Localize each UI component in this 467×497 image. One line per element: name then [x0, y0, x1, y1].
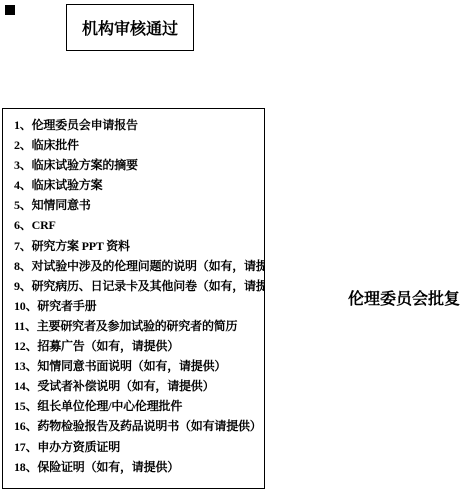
- list-item: 14、受试者补偿说明（如有，请提供）: [14, 376, 260, 396]
- list-item: 18、保险证明（如有，请提供）: [14, 457, 260, 477]
- checklist-box: 1、伦理委员会申请报告2、临床批件3、临床试验方案的摘要4、临床试验方案5、知情…: [2, 108, 265, 489]
- list-item: 16、药物检验报告及药品说明书（如有请提供）: [14, 416, 260, 436]
- list-item: 11、主要研究者及参加试验的研究者的简历: [14, 316, 260, 336]
- list-item: 8、对试验中涉及的伦理问题的说明（如有，请提供）: [14, 256, 260, 276]
- list-item: 12、招募广告（如有，请提供）: [14, 336, 260, 356]
- list-item: 1、伦理委员会申请报告: [14, 115, 260, 135]
- list-item: 13、知情同意书面说明（如有，请提供）: [14, 356, 260, 376]
- diagram-canvas: 机构审核通过 1、伦理委员会申请报告2、临床批件3、临床试验方案的摘要4、临床试…: [0, 0, 467, 497]
- list-item: 10、研究者手册: [14, 296, 260, 316]
- list-item: 9、研究病历、日记录卡及其他问卷（如有，请提供）: [14, 276, 260, 296]
- list-item: 2、临床批件: [14, 135, 260, 155]
- list-item: 5、知情同意书: [14, 195, 260, 215]
- start-box: 机构审核通过: [66, 4, 194, 51]
- list-item: 15、组长单位伦理/中心伦理批件: [14, 396, 260, 416]
- ethics-approval-text: 伦理委员会批复: [348, 286, 460, 309]
- checklist: 1、伦理委员会申请报告2、临床批件3、临床试验方案的摘要4、临床试验方案5、知情…: [14, 115, 260, 477]
- ethics-approval-label: 伦理委员会批复: [340, 274, 463, 321]
- list-item: 6、CRF: [14, 215, 260, 235]
- list-item: 7、研究方案 PPT 资料: [14, 236, 260, 256]
- list-item: 4、临床试验方案: [14, 175, 260, 195]
- start-box-label: 机构审核通过: [82, 16, 178, 39]
- corner-square-marker: [5, 5, 15, 15]
- list-item: 3、临床试验方案的摘要: [14, 155, 260, 175]
- list-item: 17、申办方资质证明: [14, 437, 260, 457]
